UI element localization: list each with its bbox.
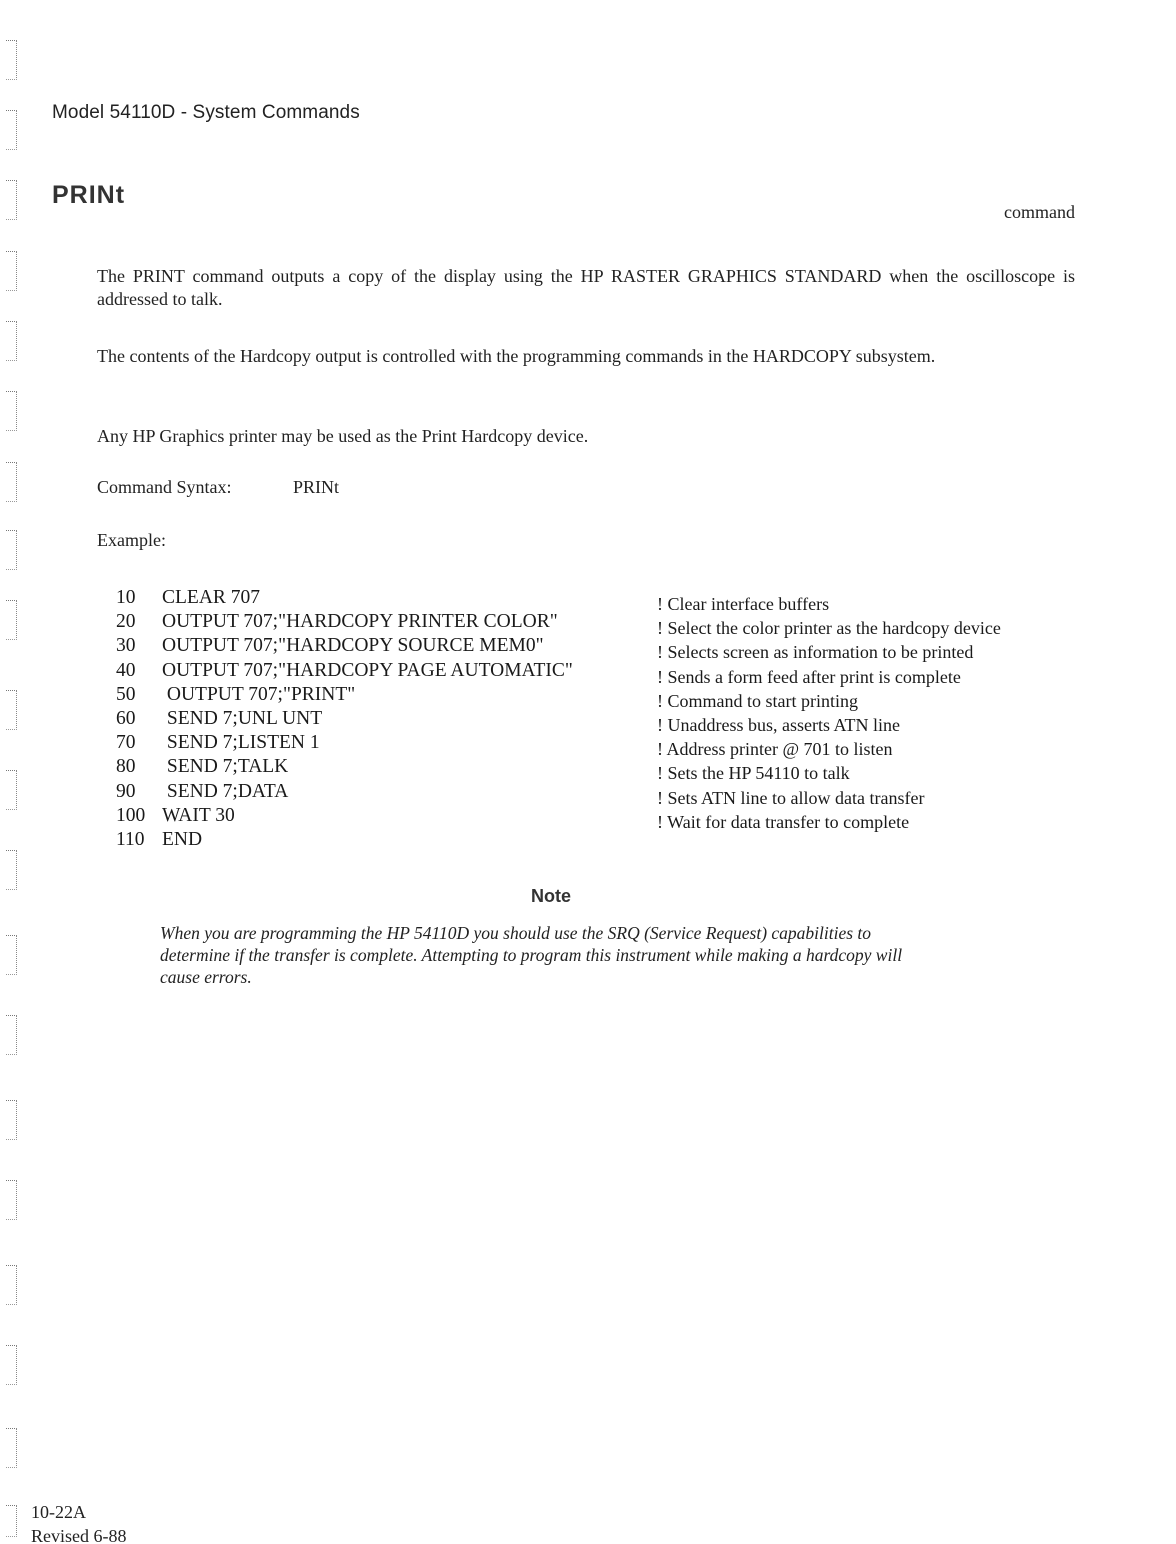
code-statement: OUTPUT 707;"HARDCOPY PRINTER COLOR" [162,611,558,632]
code-line: 70 SEND 7;LISTEN 1 [116,731,573,755]
description-paragraph: The PRINT command outputs a copy of the … [97,265,1075,311]
tab-mark [6,600,17,640]
note-text: When you are programming the HP 54110D y… [160,922,920,988]
code-comment: ! Selects screen as information to be pr… [657,640,1001,664]
tab-mark [6,1100,17,1140]
code-line: 40OUTPUT 707;"HARDCOPY PAGE AUTOMATIC" [116,659,573,683]
command-syntax: Command Syntax:PRINt [97,477,339,498]
line-number: 60 [116,707,162,731]
code-line: 110END [116,828,573,852]
tab-mark [6,1015,17,1055]
syntax-label: Command Syntax: [97,477,293,498]
code-comment: ! Clear interface buffers [657,592,1001,616]
tab-mark [6,1428,17,1468]
line-number: 30 [116,634,162,658]
description-paragraph: Any HP Graphics printer may be used as t… [97,425,1075,448]
code-comment: ! Command to start printing [657,689,1001,713]
tab-mark [6,1505,17,1537]
example-label: Example: [97,530,166,551]
tab-mark [6,110,17,150]
tab-mark [6,770,17,810]
code-comment: ! Sets the HP 54110 to talk [657,761,1001,785]
code-comment: ! Address printer @ 701 to listen [657,737,1001,761]
note-title: Note [0,886,1102,907]
tab-mark [6,321,17,361]
code-comment: ! Sends a form feed after print is compl… [657,665,1001,689]
code-line: 100WAIT 30 [116,804,573,828]
code-statement: OUTPUT 707;"HARDCOPY PAGE AUTOMATIC" [162,660,573,681]
line-number: 100 [116,804,162,828]
code-statement: OUTPUT 707;"HARDCOPY SOURCE MEM0" [162,635,544,656]
line-number: 110 [116,828,162,852]
code-statement: END [162,829,202,850]
tab-mark [6,391,17,431]
tab-mark [6,530,17,570]
line-number: 20 [116,610,162,634]
code-statement: SEND 7;LISTEN 1 [162,732,320,753]
code-comment: ! Wait for data transfer to complete [657,810,1001,834]
tab-mark [6,850,17,890]
page-number: 10-22A [31,1500,126,1524]
line-number: 40 [116,659,162,683]
example-code-comments: ! Clear interface buffers! Select the co… [657,592,1001,834]
tab-mark [6,1345,17,1385]
margin-tab-marks [0,0,22,1544]
tab-mark [6,40,17,80]
command-title: PRINt [52,181,125,210]
code-line: 60 SEND 7;UNL UNT [116,707,573,731]
line-number: 10 [116,586,162,610]
code-statement: SEND 7;TALK [162,756,288,777]
line-number: 70 [116,731,162,755]
code-line: 20OUTPUT 707;"HARDCOPY PRINTER COLOR" [116,610,573,634]
description-paragraph: The contents of the Hardcopy output is c… [97,345,1075,368]
tab-mark [6,462,17,502]
page-footer: 10-22A Revised 6-88 [31,1500,126,1544]
tab-mark [6,251,17,291]
tab-mark [6,935,17,975]
code-statement: SEND 7;UNL UNT [162,708,322,729]
example-code-listing: 10CLEAR 70720OUTPUT 707;"HARDCOPY PRINTE… [116,586,573,852]
tab-mark [6,180,17,220]
revision-date: Revised 6-88 [31,1524,126,1544]
syntax-value: PRINt [293,477,339,497]
code-comment: ! Select the color printer as the hardco… [657,616,1001,640]
command-type-label: command [1004,202,1075,223]
code-line: 90 SEND 7;DATA [116,780,573,804]
line-number: 90 [116,780,162,804]
tab-mark [6,1265,17,1305]
code-statement: OUTPUT 707;"PRINT" [162,684,355,705]
code-statement: CLEAR 707 [162,587,260,608]
code-line: 50 OUTPUT 707;"PRINT" [116,683,573,707]
line-number: 80 [116,755,162,779]
line-number: 50 [116,683,162,707]
code-line: 80 SEND 7;TALK [116,755,573,779]
code-statement: WAIT 30 [162,805,235,826]
code-comment: ! Unaddress bus, asserts ATN line [657,713,1001,737]
code-line: 30OUTPUT 707;"HARDCOPY SOURCE MEM0" [116,634,573,658]
code-statement: SEND 7;DATA [162,781,288,802]
code-comment: ! Sets ATN line to allow data transfer [657,786,1001,810]
code-line: 10CLEAR 707 [116,586,573,610]
tab-mark [6,1180,17,1220]
tab-mark [6,690,17,730]
page-header: Model 54110D - System Commands [52,102,360,124]
